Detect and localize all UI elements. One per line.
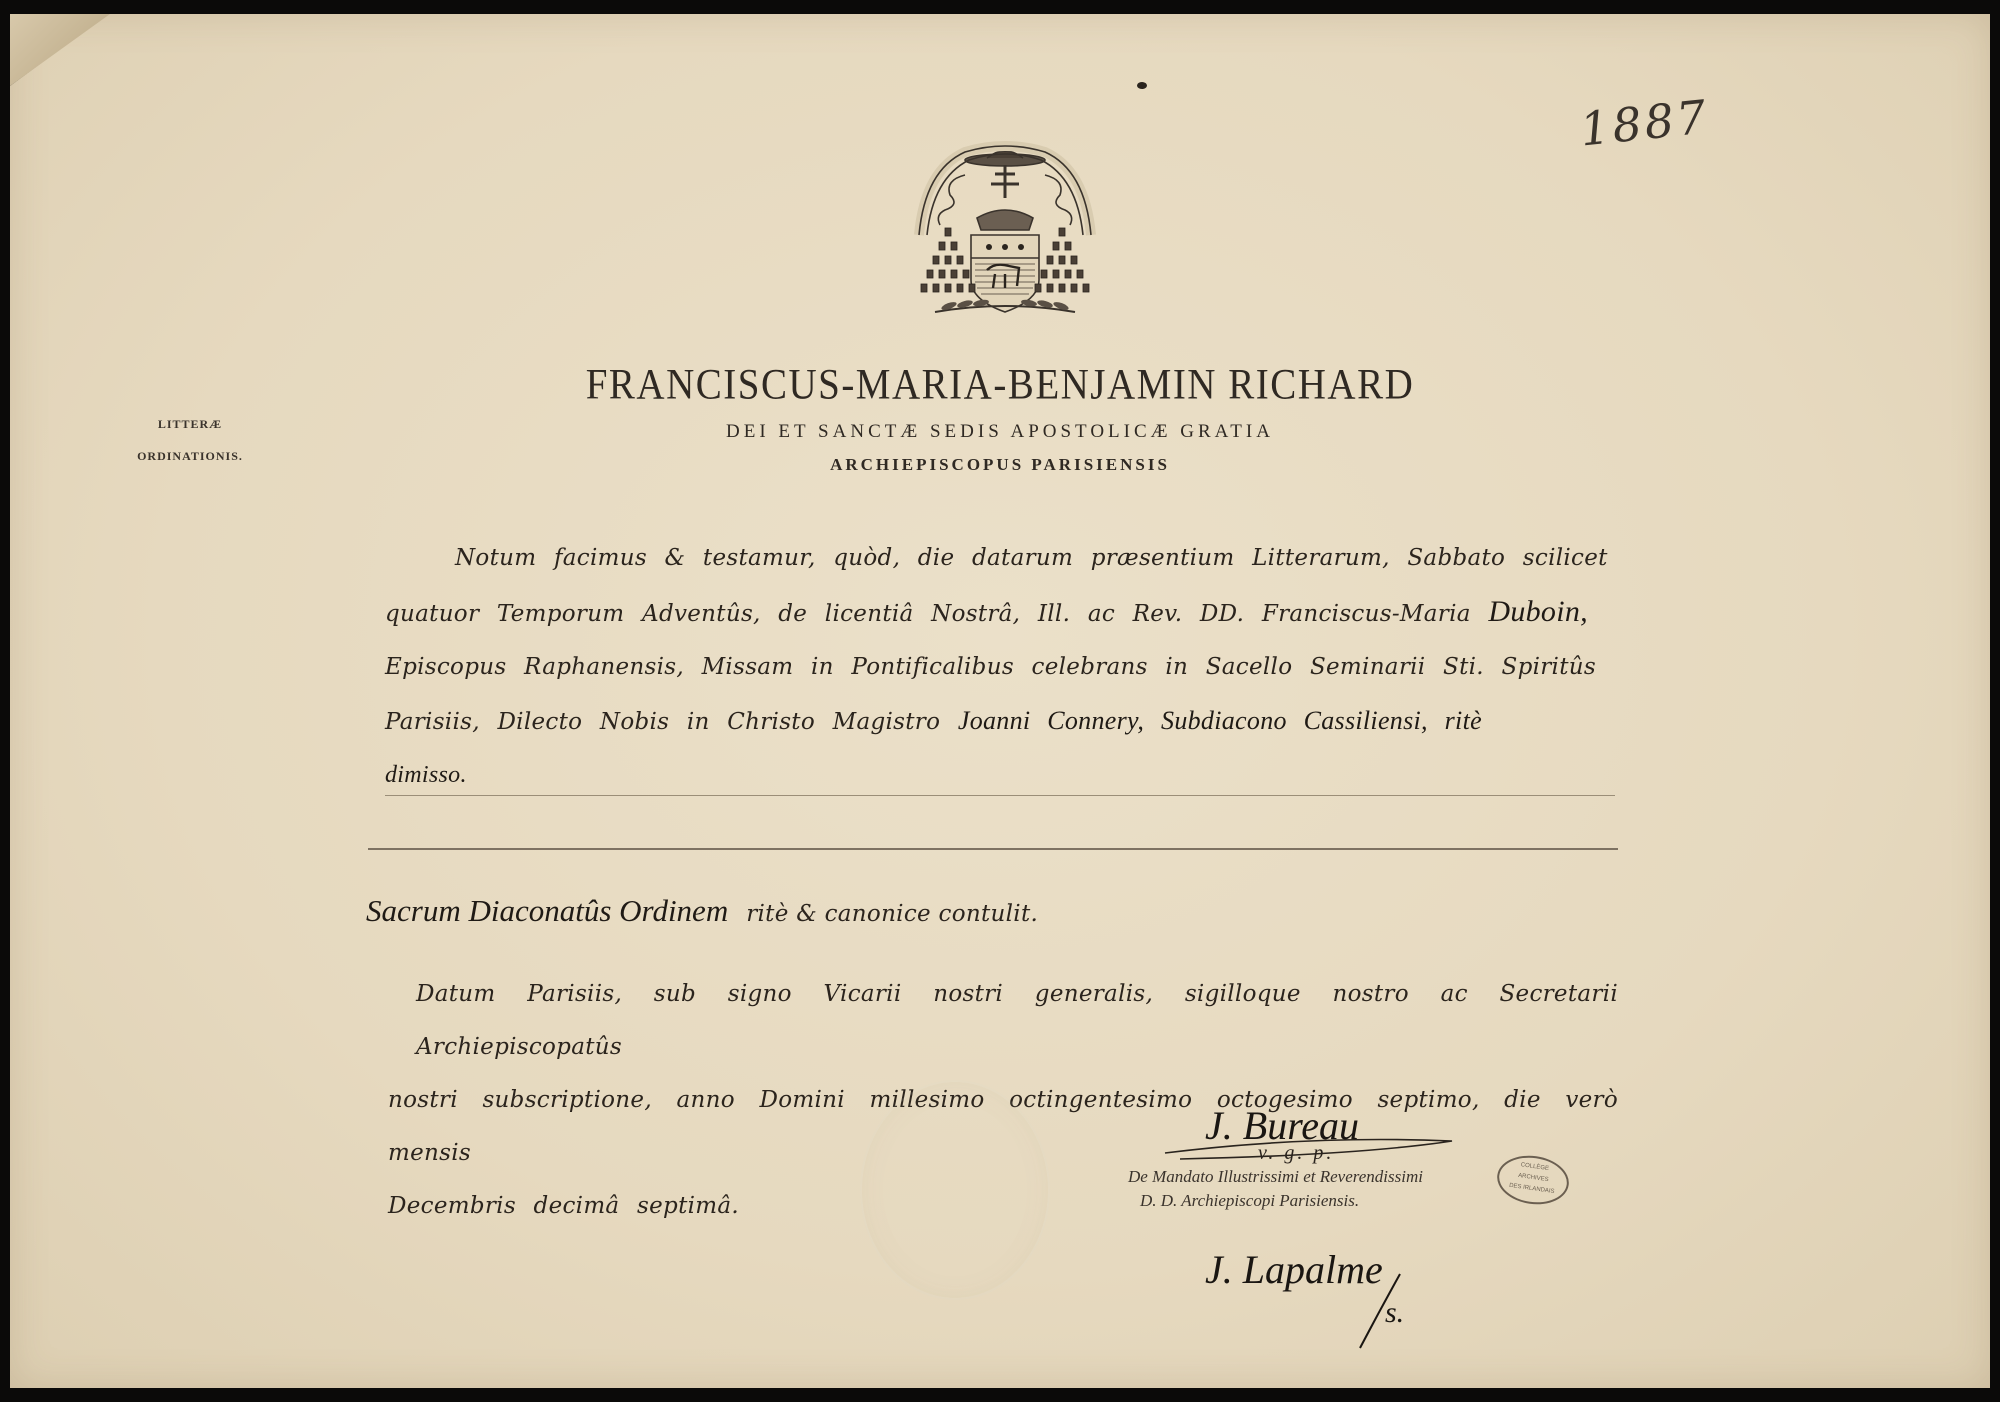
secretary-title: s. (1385, 1296, 1404, 1330)
para1-line1: Notum facimus & testamur, quòd, die data… (385, 532, 1615, 585)
certification-paragraph: Notum facimus & testamur, quòd, die data… (385, 532, 1615, 802)
mandate-line2: D. D. Archiepiscopi Parisiensis. (1128, 1189, 1423, 1213)
para1-line4-printed: Parisiis, Dilecto Nobis in Christo Magis… (385, 709, 940, 735)
mandate-line1: De Mandato Illustrissimi et Reverendissi… (1128, 1165, 1423, 1189)
para1-line2: quatuor Temporum Adventûs, de licentiâ N… (385, 585, 1615, 641)
fill-line-2 (368, 848, 1618, 850)
vicar-general-title: v. g. p. (1258, 1142, 1334, 1165)
archiepiscopal-coat-of-arms-icon: FAICTES SUR TOUTES CHOSES QUE DIEU SOYT … (905, 140, 1105, 340)
sacred-order-name: Sacrum Diaconatûs Ordinem (366, 893, 728, 928)
para1-line5-handwritten: dimisso. (385, 762, 467, 788)
para1-line2-printed: quatuor Temporum Adventûs, de licentiâ N… (385, 601, 1471, 627)
ink-speck (1137, 82, 1147, 89)
heading-subtitle-see: ARCHIEPISCOPUS PARISIENSIS (560, 455, 1440, 475)
svg-text:FAICTES SUR TOUTES CHOSES QUE: FAICTES SUR TOUTES CHOSES QUE DIEU SOYT … (1005, 334, 1036, 337)
ordinand-name: Joanni Connery, Subdiacono Cassiliensi, … (958, 706, 1482, 735)
document-type-label: LITTERÆ ORDINATIONIS. (110, 408, 270, 472)
order-conferred-line: Sacrum Diaconatûs Ordinem ritè & canonic… (366, 893, 1038, 929)
fill-line-1 (385, 795, 1615, 796)
side-label-line1: LITTERÆ (110, 408, 270, 440)
para1-line3: Episcopus Raphanensis, Missam in Pontifi… (385, 641, 1615, 694)
side-label-line2: ORDINATIONIS. (110, 440, 270, 472)
conferred-text: ritè & canonice contulit. (746, 901, 1038, 927)
mandate-text: De Mandato Illustrissimi et Reverendissi… (1128, 1165, 1423, 1213)
archbishop-name: FRANCISCUS-MARIA-BENJAMIN RICHARD (586, 359, 1415, 409)
para2-line1: Datum Parisiis, sub signo Vicarii nostri… (388, 968, 1618, 1074)
para1-line4: Parisiis, Dilecto Nobis in Christo Magis… (385, 694, 1615, 749)
embossed-seal (860, 1080, 1050, 1300)
archbishop-heading: FRANCISCUS-MARIA-BENJAMIN RICHARD DEI ET… (560, 362, 1440, 475)
heading-subtitle-grace: DEI ET SANCTÆ SEDIS APOSTOLICÆ GRATIA (560, 421, 1440, 443)
consecrating-bishop-name: Duboin, (1488, 595, 1588, 628)
